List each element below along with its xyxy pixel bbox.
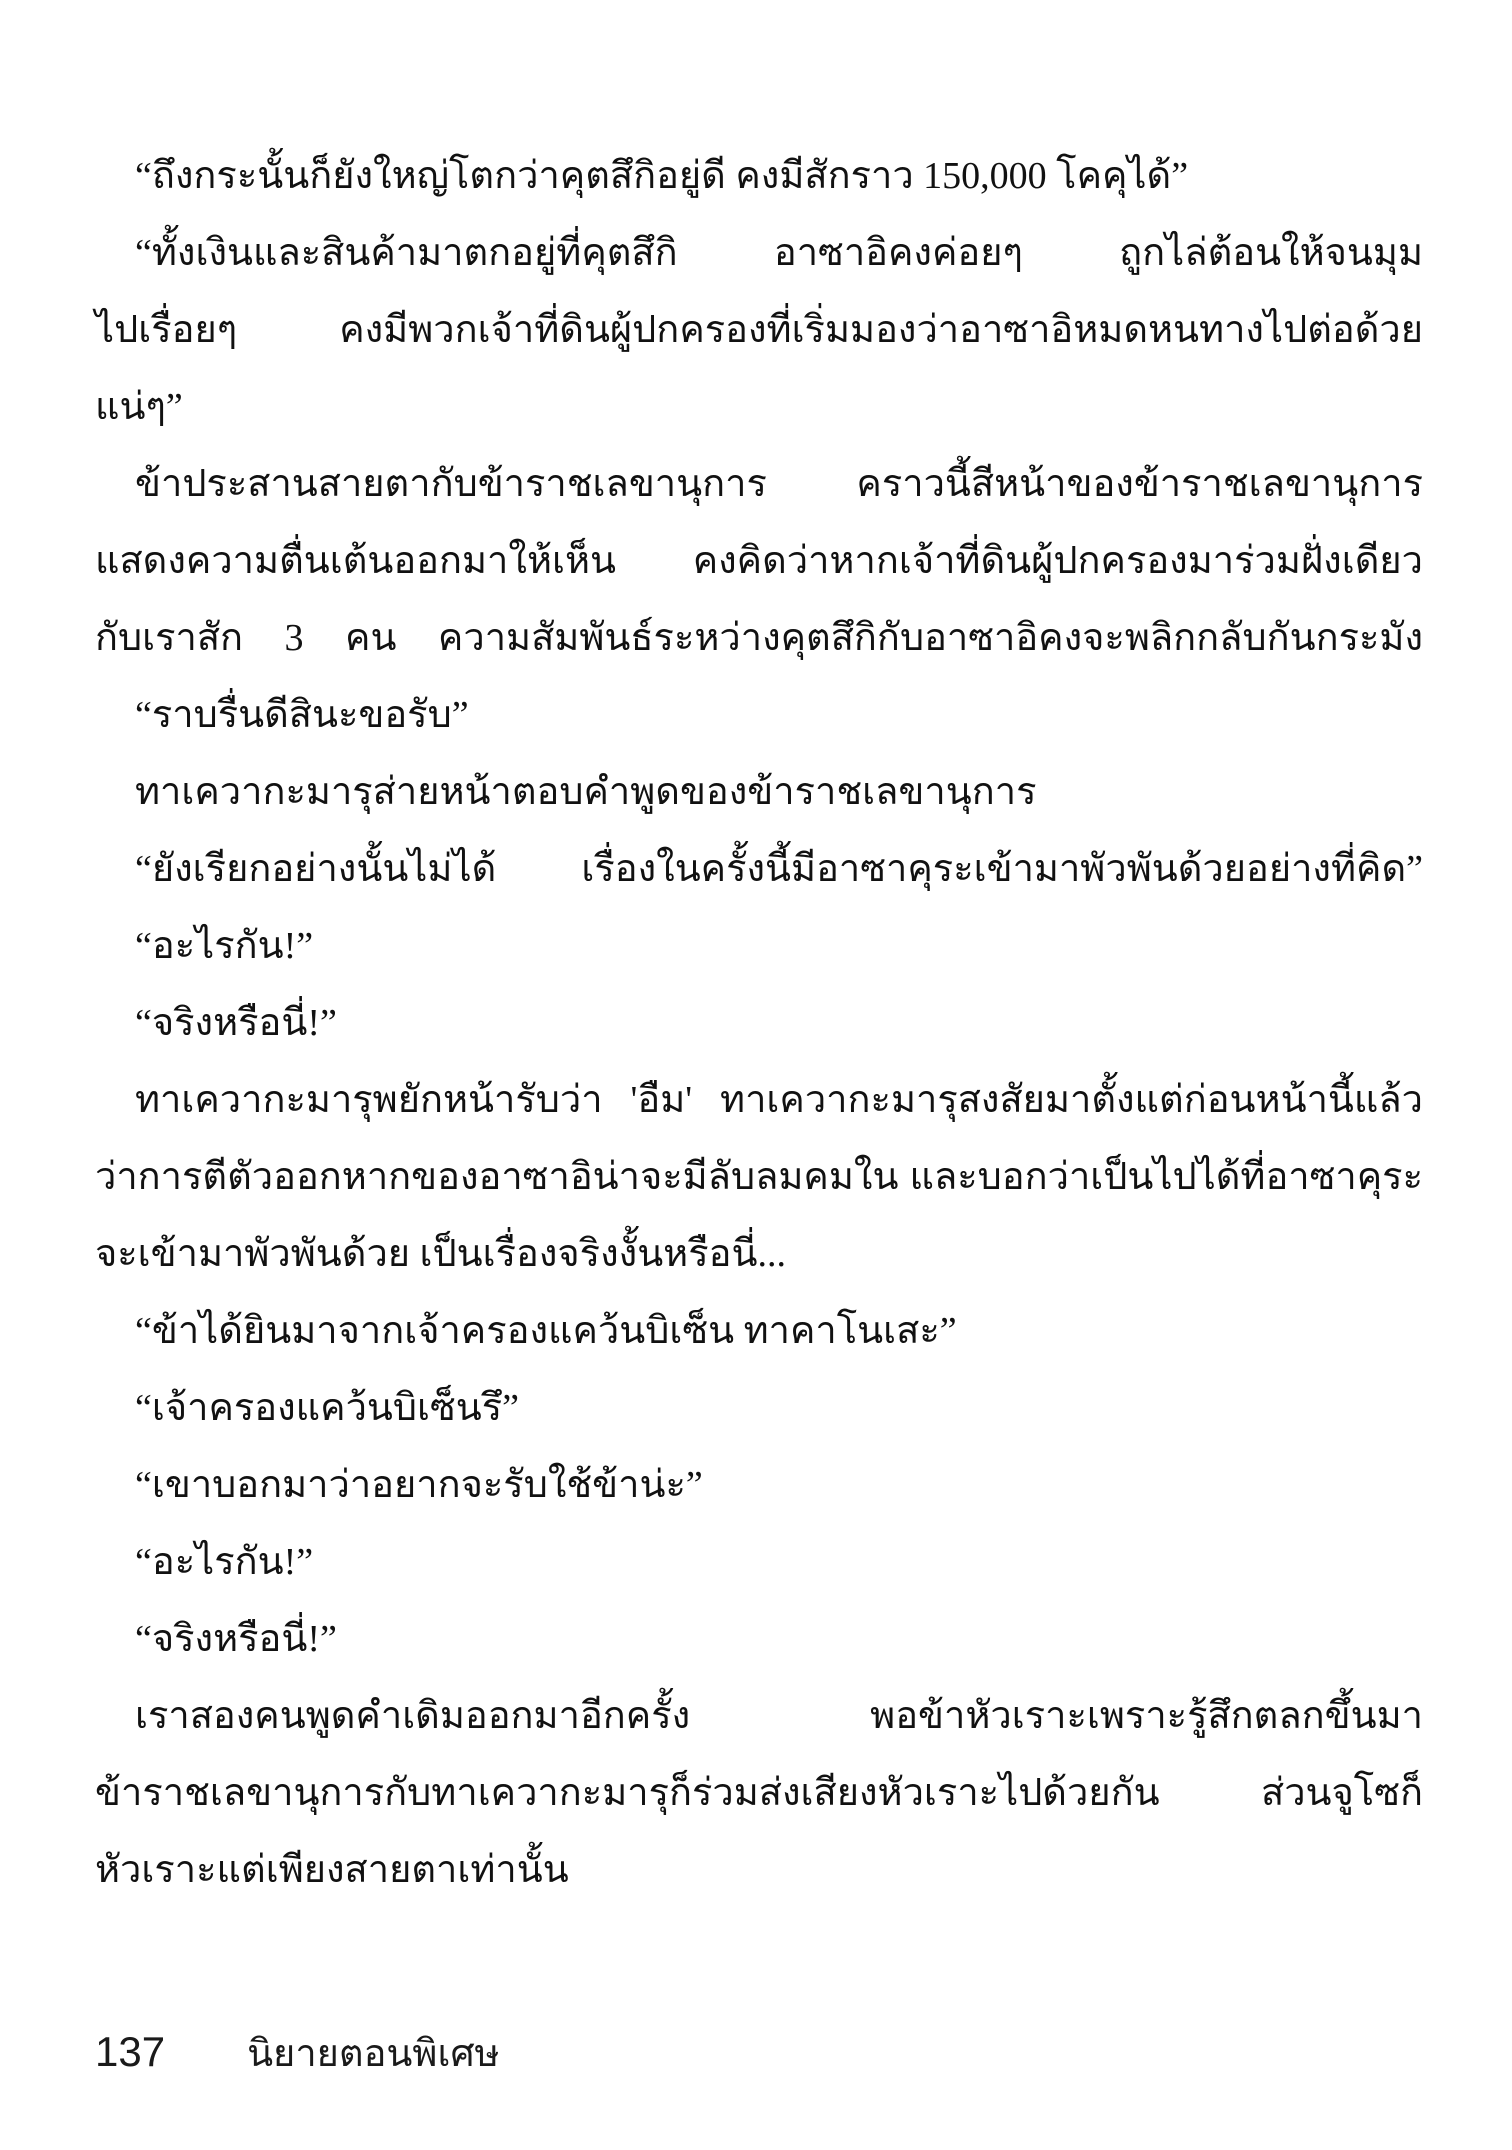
text-line: กับเราสัก 3 คน ความสัมพันธ์ระหว่างคุตสึก… [95, 600, 1423, 677]
book-page: “ถึงกระนั้นก็ยังใหญ่โตกว่าคุตสึกิอยู่ดี … [0, 0, 1512, 2150]
text-line: “ข้าได้ยินมาจากเจ้าครองแคว้นบิเซ็น ทาคาโ… [95, 1293, 1423, 1370]
text-line: ข้าราชเลขานุการกับทาเควากะมารุก็ร่วมส่งเ… [95, 1755, 1423, 1832]
page-footer: 137 นิยายตอนพิเศษ [95, 2022, 1423, 2083]
text-line: “อะไรกัน!” [95, 1524, 1423, 1601]
text-line: “จริงหรือนี่!” [95, 1601, 1423, 1678]
footer-section-label: นิยายตอนพิเศษ [247, 2022, 500, 2083]
text-line: “ราบรื่นดีสินะขอรับ” [95, 677, 1423, 754]
text-line: ว่าการตีตัวออกหากของอาซาอิน่าจะมีลับลมคม… [95, 1139, 1423, 1216]
text-line: “ถึงกระนั้นก็ยังใหญ่โตกว่าคุตสึกิอยู่ดี … [95, 138, 1423, 215]
text-line: ไปเรื่อยๆ คงมีพวกเจ้าที่ดินผู้ปกครองที่เ… [95, 292, 1423, 369]
text-line: เราสองคนพูดคำเดิมออกมาอีกครั้ง พอข้าหัวเ… [95, 1678, 1423, 1755]
text-line: ทาเควากะมารุส่ายหน้าตอบคำพูดของข้าราชเลข… [95, 754, 1423, 831]
text-line: “ยังเรียกอย่างนั้นไม่ได้ เรื่องในครั้งนี… [95, 831, 1423, 908]
text-line: “อะไรกัน!” [95, 908, 1423, 985]
text-line: “จริงหรือนี่!” [95, 985, 1423, 1062]
text-line: ข้าประสานสายตากับข้าราชเลขานุการ คราวนี้… [95, 446, 1423, 523]
text-line: หัวเราะแต่เพียงสายตาเท่านั้น [95, 1832, 1423, 1909]
text-line: จะเข้ามาพัวพันด้วย เป็นเรื่องจริงงั้นหรื… [95, 1216, 1423, 1293]
text-line: “เขาบอกมาว่าอยากจะรับใช้ข้าน่ะ” [95, 1447, 1423, 1524]
text-line: ทาเควากะมารุพยักหน้ารับว่า 'อืม' ทาเควาก… [95, 1062, 1423, 1139]
text-line: แสดงความตื่นเต้นออกมาให้เห็น คงคิดว่าหาก… [95, 523, 1423, 600]
body-text: “ถึงกระนั้นก็ยังใหญ่โตกว่าคุตสึกิอยู่ดี … [95, 138, 1423, 1909]
text-line: แน่ๆ” [95, 369, 1423, 446]
text-line: “เจ้าครองแคว้นบิเซ็นรึ” [95, 1370, 1423, 1447]
page-number: 137 [95, 2028, 165, 2076]
text-line: “ทั้งเงินและสินค้ามาตกอยู่ที่คุตสึกิ อาซ… [95, 215, 1423, 292]
